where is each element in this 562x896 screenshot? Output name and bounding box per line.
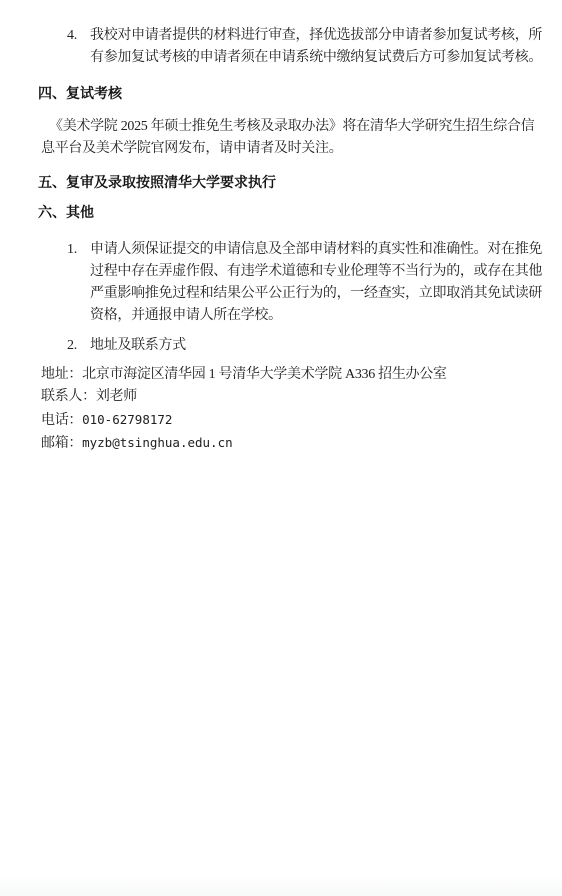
text-line: 申请人须保证提交的申请信息及全部申请材料的真实性和准确性。对在推免 [90, 239, 526, 261]
numbered-item-2: 2. 地址及联系方式 [38, 335, 526, 357]
contact-phone-label: 电话： [41, 413, 82, 428]
policy-paragraph: 《美术学院 2025 年硕士推免生考核及录取办法》将在清华大学研究生招生综合信 … [41, 116, 526, 160]
text-line: 资格，并通报申请人所在学校。 [90, 305, 526, 327]
text-line: 有参加复试考核的申请者须在申请系统中缴纳复试费后方可参加复试考核。 [90, 47, 526, 69]
document-page: 4. 我校对申请者提供的材料进行审查，择优选拔部分申请者参加复试考核，所 有参加… [0, 0, 562, 896]
text-line: 严重影响推免过程和结果公平公正行为的，一经查实，立即取消其免试读研 [90, 283, 526, 305]
list-item-number: 4. [67, 25, 77, 47]
contact-person-line: 联系人：刘老师 [41, 386, 526, 408]
heading-section-4: 四、复试考核 [38, 84, 526, 106]
heading-section-6: 六、其他 [38, 203, 526, 225]
numbered-item-4: 4. 我校对申请者提供的材料进行审查，择优选拔部分申请者参加复试考核，所 有参加… [38, 25, 526, 69]
contact-address-value: 北京市海淀区清华园 1 号清华大学美术学院 A336 招生办公室 [82, 367, 447, 382]
text-line: 地址及联系方式 [90, 335, 526, 357]
contact-person-label: 联系人： [41, 389, 96, 404]
text-line: 过程中存在弄虚作假、有违学术道德和专业伦理等不当行为的，或存在其他 [90, 261, 526, 283]
list-item-number: 1. [67, 239, 77, 261]
text-line: 《美术学院 2025 年硕士推免生考核及录取办法》将在清华大学研究生招生综合信 [41, 116, 526, 138]
contact-person-value: 刘老师 [96, 389, 137, 404]
text-line: 息平台及美术学院官网发布，请申请者及时关注。 [41, 138, 526, 160]
contact-block: 地址：北京市海淀区清华园 1 号清华大学美术学院 A336 招生办公室 联系人：… [41, 364, 526, 456]
contact-address-label: 地址： [41, 367, 82, 382]
list-item-number: 2. [67, 335, 77, 357]
numbered-item-1: 1. 申请人须保证提交的申请信息及全部申请材料的真实性和准确性。对在推免 过程中… [38, 239, 526, 327]
contact-email-value: myzb@tsinghua.edu.cn [82, 435, 233, 450]
page-bottom-edge [0, 876, 562, 896]
heading-section-5: 五、复审及录取按照清华大学要求执行 [38, 173, 526, 195]
contact-address-line: 地址：北京市海淀区清华园 1 号清华大学美术学院 A336 招生办公室 [41, 364, 526, 386]
text-line: 我校对申请者提供的材料进行审查，择优选拔部分申请者参加复试考核，所 [90, 25, 526, 47]
contact-phone-line: 电话：010-62798172 [41, 409, 526, 432]
contact-email-line: 邮箱：myzb@tsinghua.edu.cn [41, 432, 526, 455]
contact-phone-value: 010-62798172 [82, 412, 172, 427]
contact-email-label: 邮箱： [41, 436, 82, 451]
